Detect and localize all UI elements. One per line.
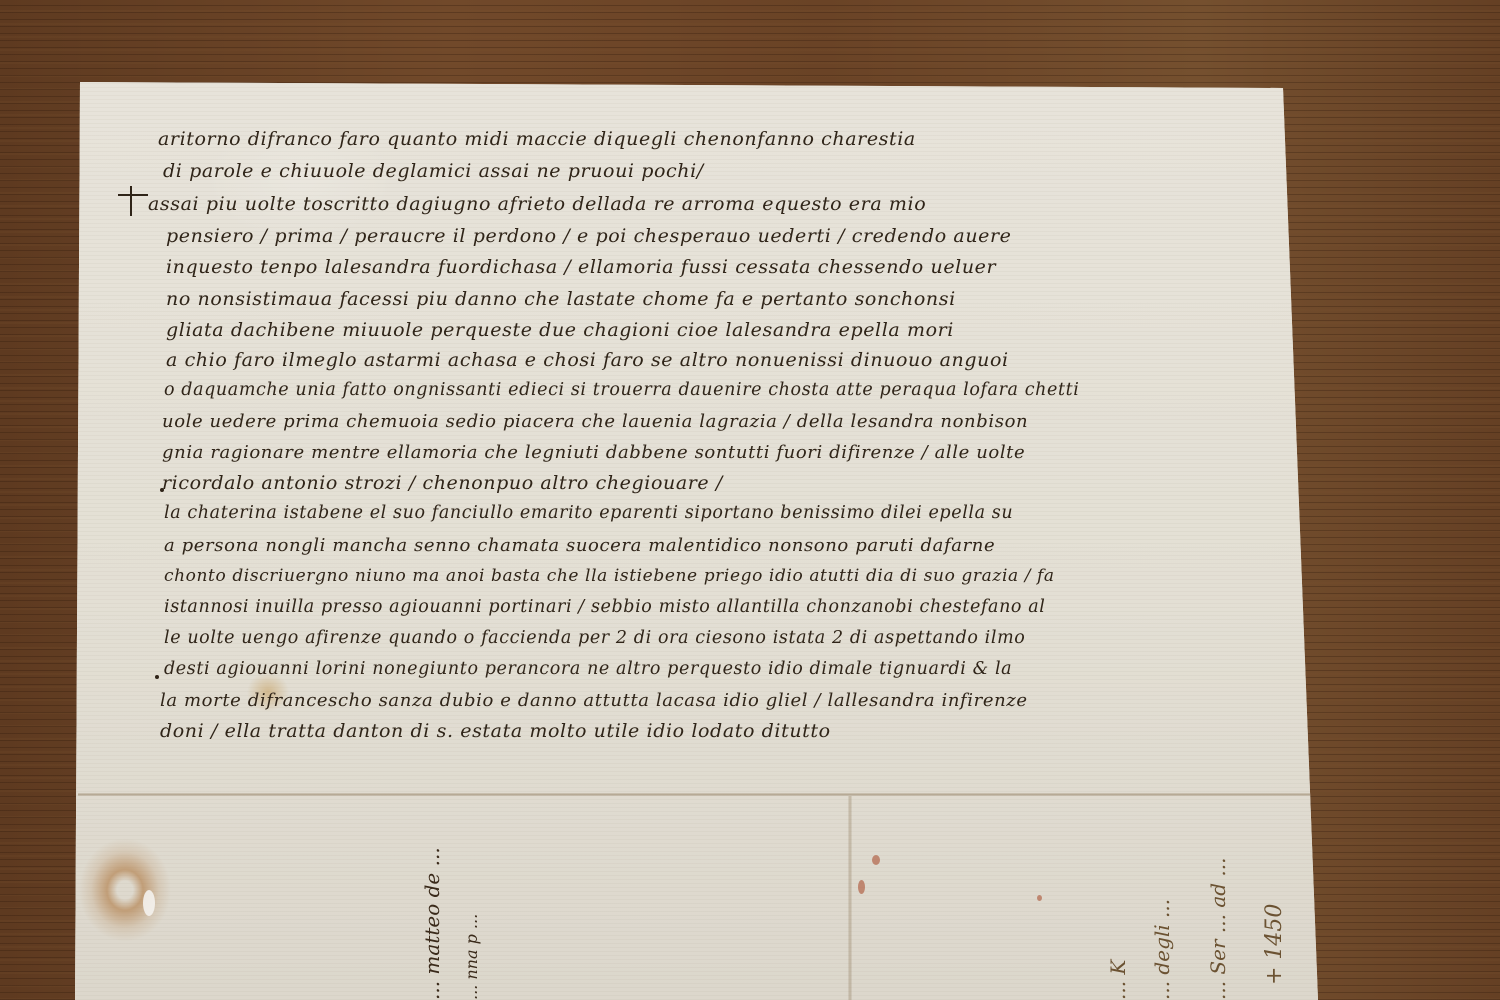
- letter-line-16: istannosi inuilla presso agiouanni porti…: [164, 597, 1045, 617]
- address-line-left-2: ... nna p ...: [462, 914, 481, 1000]
- address-line-right-1: ... K: [1106, 960, 1130, 1000]
- paragraph-mark-icon: [155, 675, 159, 679]
- letter-line-14: a persona nongli mancha senno chamata su…: [164, 535, 995, 556]
- address-line-left-1: ... matteo de ...: [420, 847, 444, 1000]
- letter-line-9: o daquamche unia fatto ongnissanti ediec…: [164, 380, 1079, 400]
- letter-line-4: pensiero / prima / peraucre il perdono /…: [166, 225, 1012, 247]
- letter-line-8: a chio faro ilmeglo astarmi achasa e cho…: [166, 349, 1009, 371]
- letter-line-11: gnia ragionare mentre ellamoria che legn…: [162, 442, 1025, 463]
- letter-line-15: chonto discriuergno niuno ma anoi basta …: [164, 566, 1055, 586]
- letter-line-10: uole uedere prima chemuoia sedio piacera…: [162, 411, 1028, 432]
- letter-line-5: inquesto tenpo lalesandra fuordichasa / …: [166, 256, 996, 278]
- letter-line-12: ricordalo antonio strozi / chenonpuo alt…: [162, 472, 723, 494]
- letter-line-1: aritorno difranco faro quanto midi macci…: [158, 128, 916, 150]
- letter-line-18: desti agiouanni lorini nonegiunto peranc…: [164, 659, 1012, 679]
- letter-line-17: le uolte uengo afirenze quando o faccien…: [164, 628, 1025, 648]
- address-line-right-3: ... Ser ... ad ...: [1206, 858, 1230, 1000]
- letter-line-19: la morte difrancescho sanza dubio e dann…: [160, 690, 1028, 711]
- letter-line-20: doni / ella tratta danton di s. estata m…: [160, 720, 831, 742]
- date-annotation: + 1450: [1262, 904, 1287, 985]
- marginal-cross-icon: [118, 186, 148, 218]
- letter-body: aritorno difranco faro quanto midi macci…: [0, 0, 1500, 1000]
- letter-line-13: la chaterina istabene el suo fanciullo e…: [164, 503, 1013, 523]
- letter-line-2: di parole e chiuuole deglamici assai ne …: [163, 160, 704, 182]
- letter-line-3: assai piu uolte toscritto dagiugno afrie…: [148, 193, 926, 215]
- letter-line-7: gliata dachibene miuuole perqueste due c…: [166, 319, 954, 341]
- letter-line-6: no nonsistimaua facessi piu danno che la…: [166, 288, 956, 310]
- address-line-right-2: ... degli ...: [1150, 899, 1174, 1000]
